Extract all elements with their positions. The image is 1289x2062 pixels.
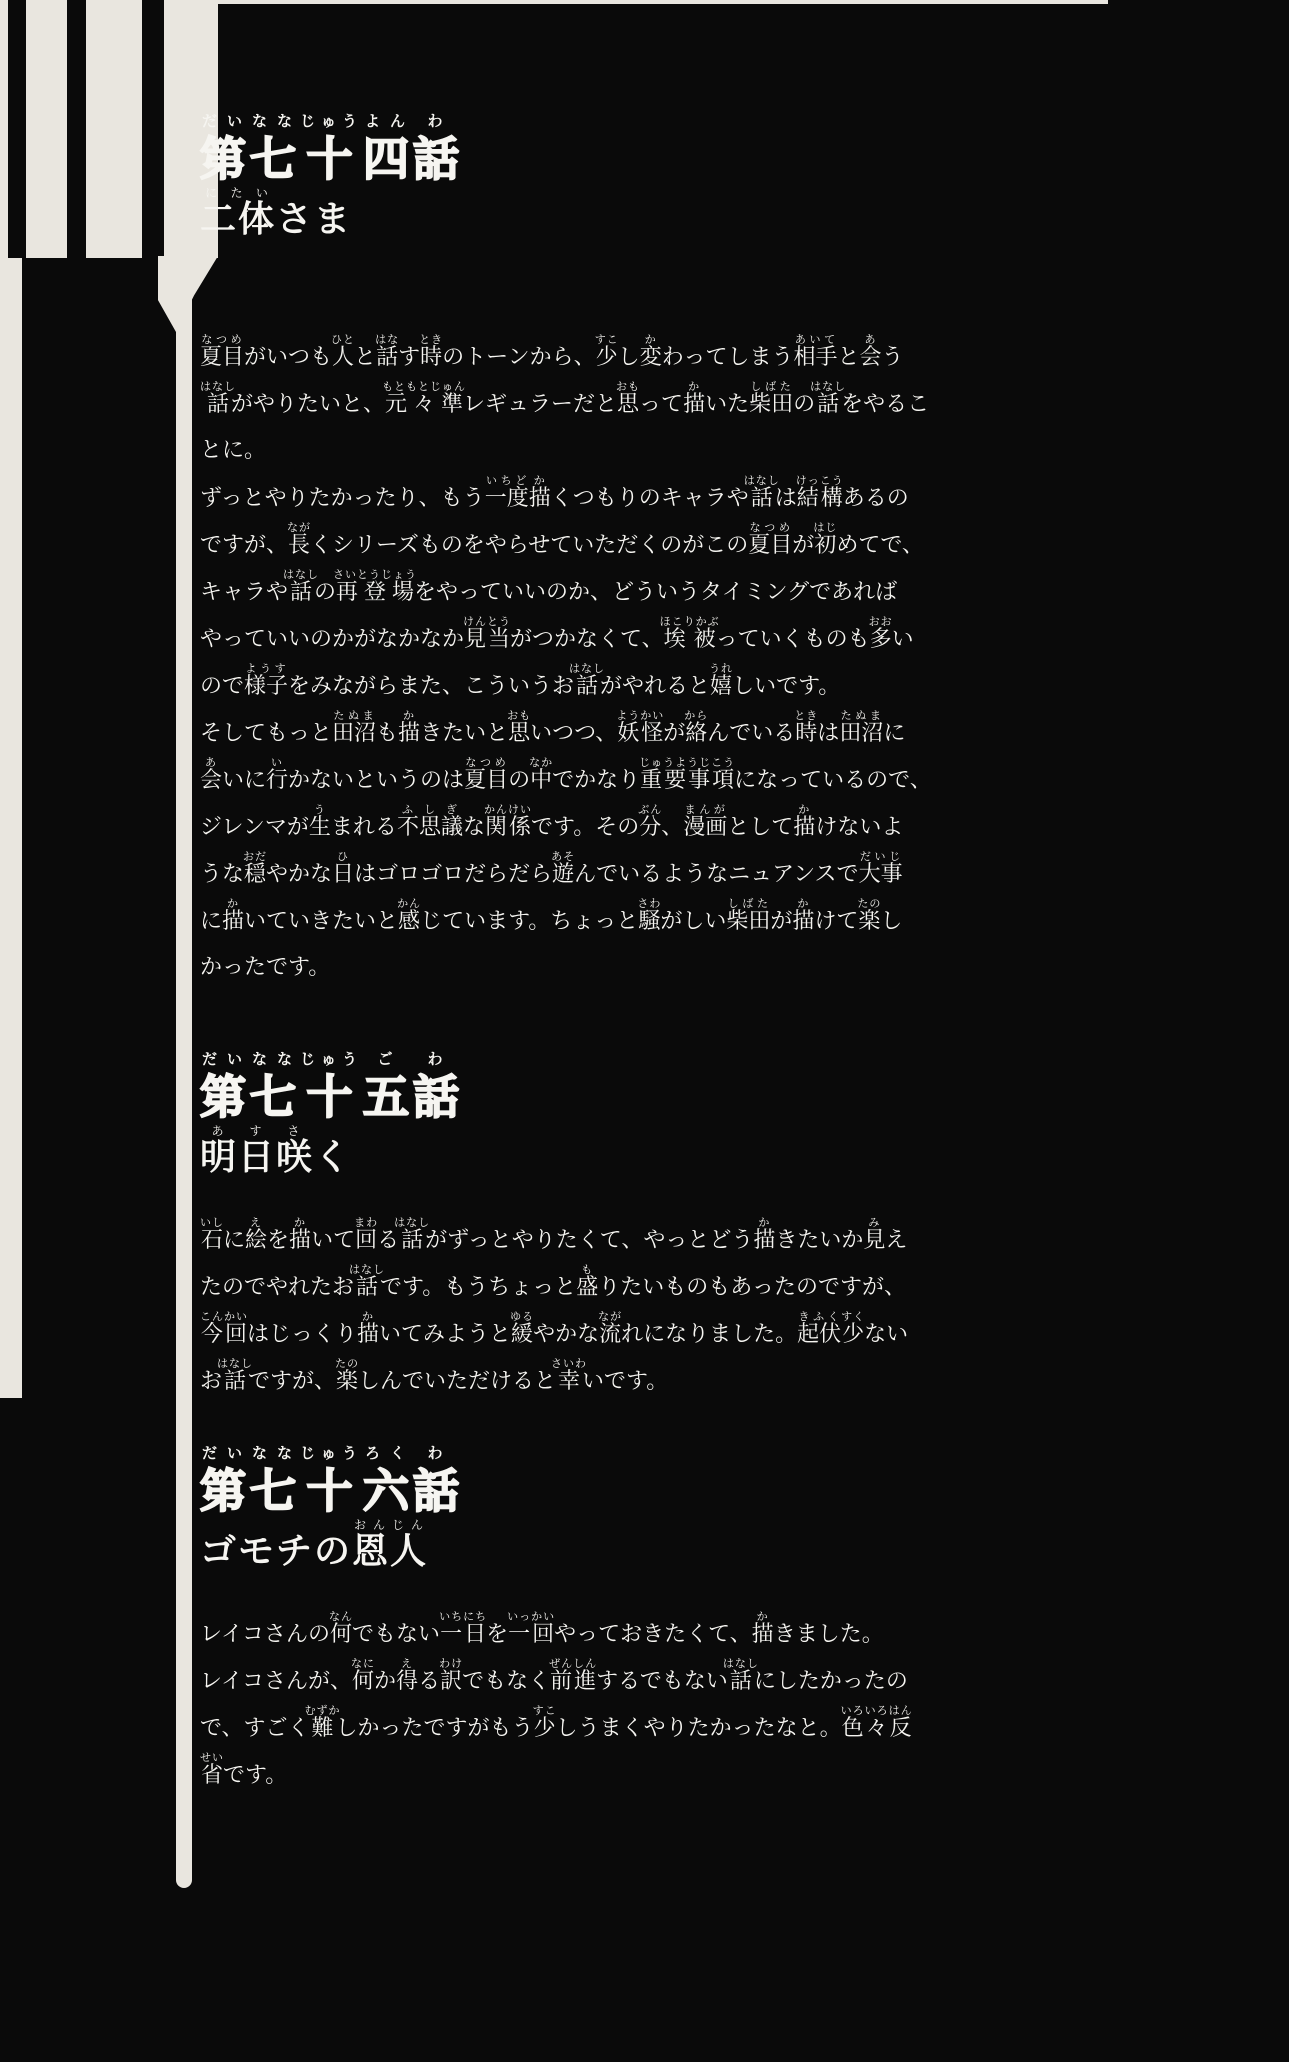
chapter-75-subtitle: 明日あす咲さく — [200, 1124, 935, 1176]
chapter-74-notes: 夏目なつめがいつも人ひとと話はなす時ときのトーンから、少すこし変かわってしまう相… — [200, 333, 935, 991]
text-line: で、すごく難むずかしかったですがもう少すこしうまくやりたかったなと。色々反いろい… — [200, 1704, 935, 1751]
text-line: 会あいに行いかないというのは夏目なつめの中なかでかなり重要事項じゅうようじこうに… — [200, 756, 935, 803]
text-line: 話はなしがやりたいと、元々準もともとじゅんレギュラーだと思おもって描かいた柴田し… — [200, 380, 935, 427]
corner-stripe-panel — [0, 0, 218, 258]
stripe-bar — [67, 0, 86, 258]
text-line: 夏目なつめがいつも人ひとと話はなす時ときのトーンから、少すこし変かわってしまう相… — [200, 333, 935, 380]
text-line: うな穏おだやかな日ひはゴロゴロだらだら遊あそんでいるようなニュアンスで大事だいじ — [200, 850, 935, 897]
chapter-76-subtitle: ゴモチの恩人おんじん — [200, 1518, 935, 1570]
text-line: 石いしに絵えを描かいて回まわる話はなしがずっとやりたくて、やっとどう描かきたいか… — [200, 1216, 935, 1263]
chapter-75-section: 第だい七なな十じゅう五ご話わ 明日あす咲さく 石いしに絵えを描かいて回まわる話は… — [200, 1050, 935, 1404]
stripe-bar — [142, 0, 164, 258]
text-line: レイコさんの何なんでもない一日いちにちを一回いっかいやっておきたくて、描かきまし… — [200, 1610, 935, 1657]
chapter-76-notes: レイコさんの何なんでもない一日いちにちを一回いっかいやっておきたくて、描かきまし… — [200, 1610, 935, 1798]
chapter-74-section: 第だい七なな十じゅう四よん話わ 二体にたいさま 夏目なつめがいつも人ひとと話はな… — [200, 112, 935, 991]
stripe-bar — [8, 0, 26, 258]
chapter-76-title: 第だい七なな十じゅう六ろく話わ — [200, 1444, 935, 1514]
text-line: たのでやれたお話はなしです。もうちょっと盛もりたいものもあったのですが、 — [200, 1263, 935, 1310]
chapter-75-notes: 石いしに絵えを描かいて回まわる話はなしがずっとやりたくて、やっとどう描かきたいか… — [200, 1216, 935, 1404]
text-line: キャラや話はなしの再登場さいとうじょうをやっていいのか、どういうタイミングであれ… — [200, 568, 935, 615]
text-line: レイコさんが、何なにか得える訳わけでもなく前進ぜんしんするでもない話はなしにした… — [200, 1657, 935, 1704]
text-line: 省せいです。 — [200, 1751, 935, 1798]
chapter-74-subtitle: 二体にたいさま — [200, 186, 935, 238]
text-line: お話はなしですが、楽たのしんでいただけると幸さいわいです。 — [200, 1357, 935, 1404]
text-line: やっていいのかがなかなか見当けんとうがつかなくて、埃被ほこりかぶっていくものも多… — [200, 615, 935, 662]
text-line: 今回こんかいはじっくり描かいてみようと緩ゆるやかな流ながれになりました。起伏きふ… — [200, 1310, 935, 1357]
text-line: に描かいていきたいと感かんじています。ちょっと騒さわがしい柴田しばたが描かけて楽… — [200, 897, 935, 944]
chapter-75-title: 第だい七なな十じゅう五ご話わ — [200, 1050, 935, 1120]
text-line: ので様子ようすをみながらまた、こういうお話はなしがやれると嬉うれしいです。 — [200, 662, 935, 709]
text-line: かったです。 — [200, 944, 935, 991]
text-line: とに。 — [200, 427, 935, 474]
text-line: ずっとやりたかったり、もう一度いちど描かくつもりのキャラや話はなしは結構けっこう… — [200, 474, 935, 521]
text-line: そしてもっと田沼たぬまも描かきたいと思おもいつつ、妖怪ようかいが絡からんでいる時… — [200, 709, 935, 756]
page: 第だい七なな十じゅう四よん話わ 二体にたいさま 夏目なつめがいつも人ひとと話はな… — [0, 0, 1289, 2062]
chapter-74-title: 第だい七なな十じゅう四よん話わ — [200, 112, 935, 182]
margin-gutter-line — [176, 256, 192, 1888]
chapter-76-section: 第だい七なな十じゅう六ろく話わ ゴモチの恩人おんじん レイコさんの何なんでもない… — [200, 1444, 935, 1798]
text-line: ですが、長ながくシリーズものをやらせていただくのがこの夏目なつめが初はじめてで、 — [200, 521, 935, 568]
text-line: ジレンマが生うまれる不思議ふしぎな関係かんけいです。その分ぶん、漫画まんがとして… — [200, 803, 935, 850]
